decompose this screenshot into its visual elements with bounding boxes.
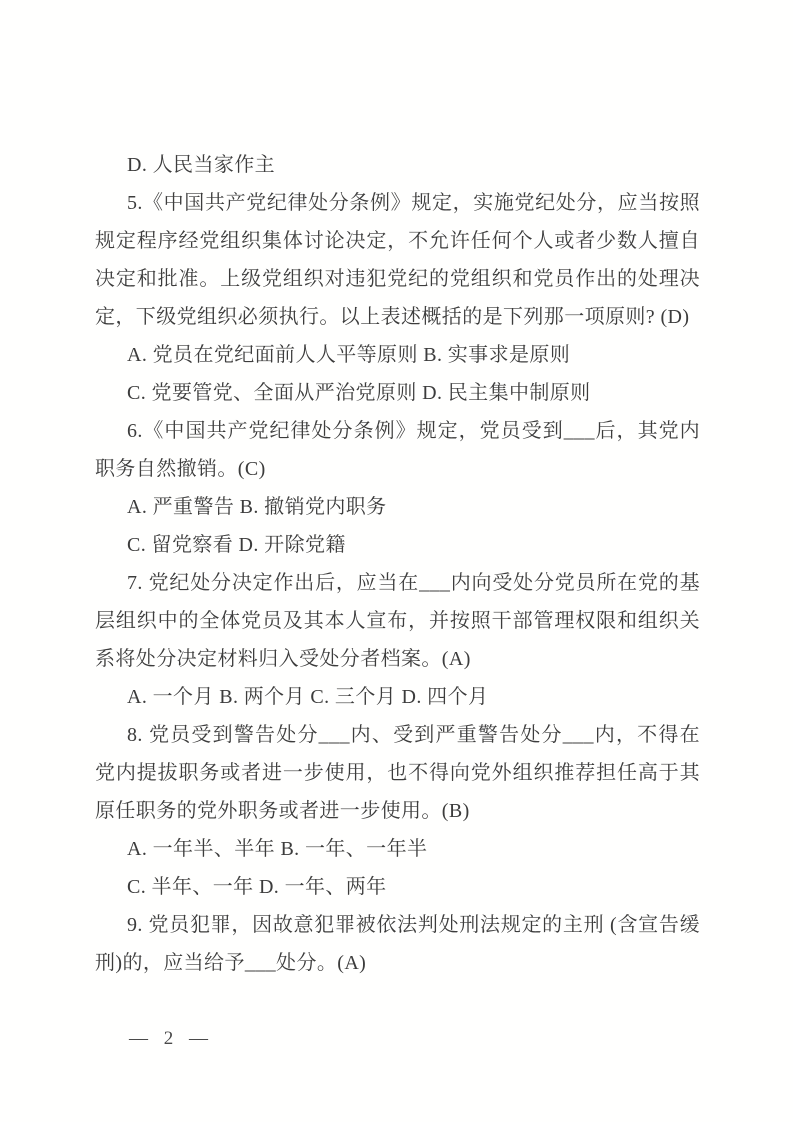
question-5-options-ab: A. 党员在党纪面前人人平等原则 B. 实事求是原则: [95, 336, 700, 374]
question-8-options-cd: C. 半年、一年 D. 一年、两年: [95, 868, 700, 906]
question-8-options-ab: A. 一年半、半年 B. 一年、一年半: [95, 830, 700, 868]
question-6-options-cd: C. 留党察看 D. 开除党籍: [95, 526, 700, 564]
question-6-options-ab: A. 严重警告 B. 撤销党内职务: [95, 488, 700, 526]
question-9-stem: 9. 党员犯罪，因故意犯罪被依法判处刑法规定的主刑 (含宣告缓刑)的，应当给予_…: [95, 906, 700, 982]
question-6-stem: 6.《中国共产党纪律处分条例》规定，党员受到___后，其党内职务自然撤销。(C): [95, 412, 700, 488]
question-text-block: D. 人民当家作主 5.《中国共产党纪律处分条例》规定，实施党纪处分，应当按照规…: [95, 146, 700, 982]
page-number: — 2 —: [129, 1027, 210, 1051]
question-7-options-abcd: A. 一个月 B. 两个月 C. 三个月 D. 四个月: [95, 678, 700, 716]
question-7-stem: 7. 党纪处分决定作出后，应当在___内向受处分党员所在党的基层组织中的全体党员…: [95, 564, 700, 678]
question-5-stem: 5.《中国共产党纪律处分条例》规定，实施党纪处分，应当按照规定程序经党组织集体讨…: [95, 184, 700, 336]
question-8-stem: 8. 党员受到警告处分___内、受到严重警告处分___内，不得在党内提拔职务或者…: [95, 716, 700, 830]
document-page: D. 人民当家作主 5.《中国共产党纪律处分条例》规定，实施党纪处分，应当按照规…: [0, 0, 793, 1122]
question-5-options-cd: C. 党要管党、全面从严治党原则 D. 民主集中制原则: [95, 374, 700, 412]
continued-option-line: D. 人民当家作主: [95, 146, 700, 184]
